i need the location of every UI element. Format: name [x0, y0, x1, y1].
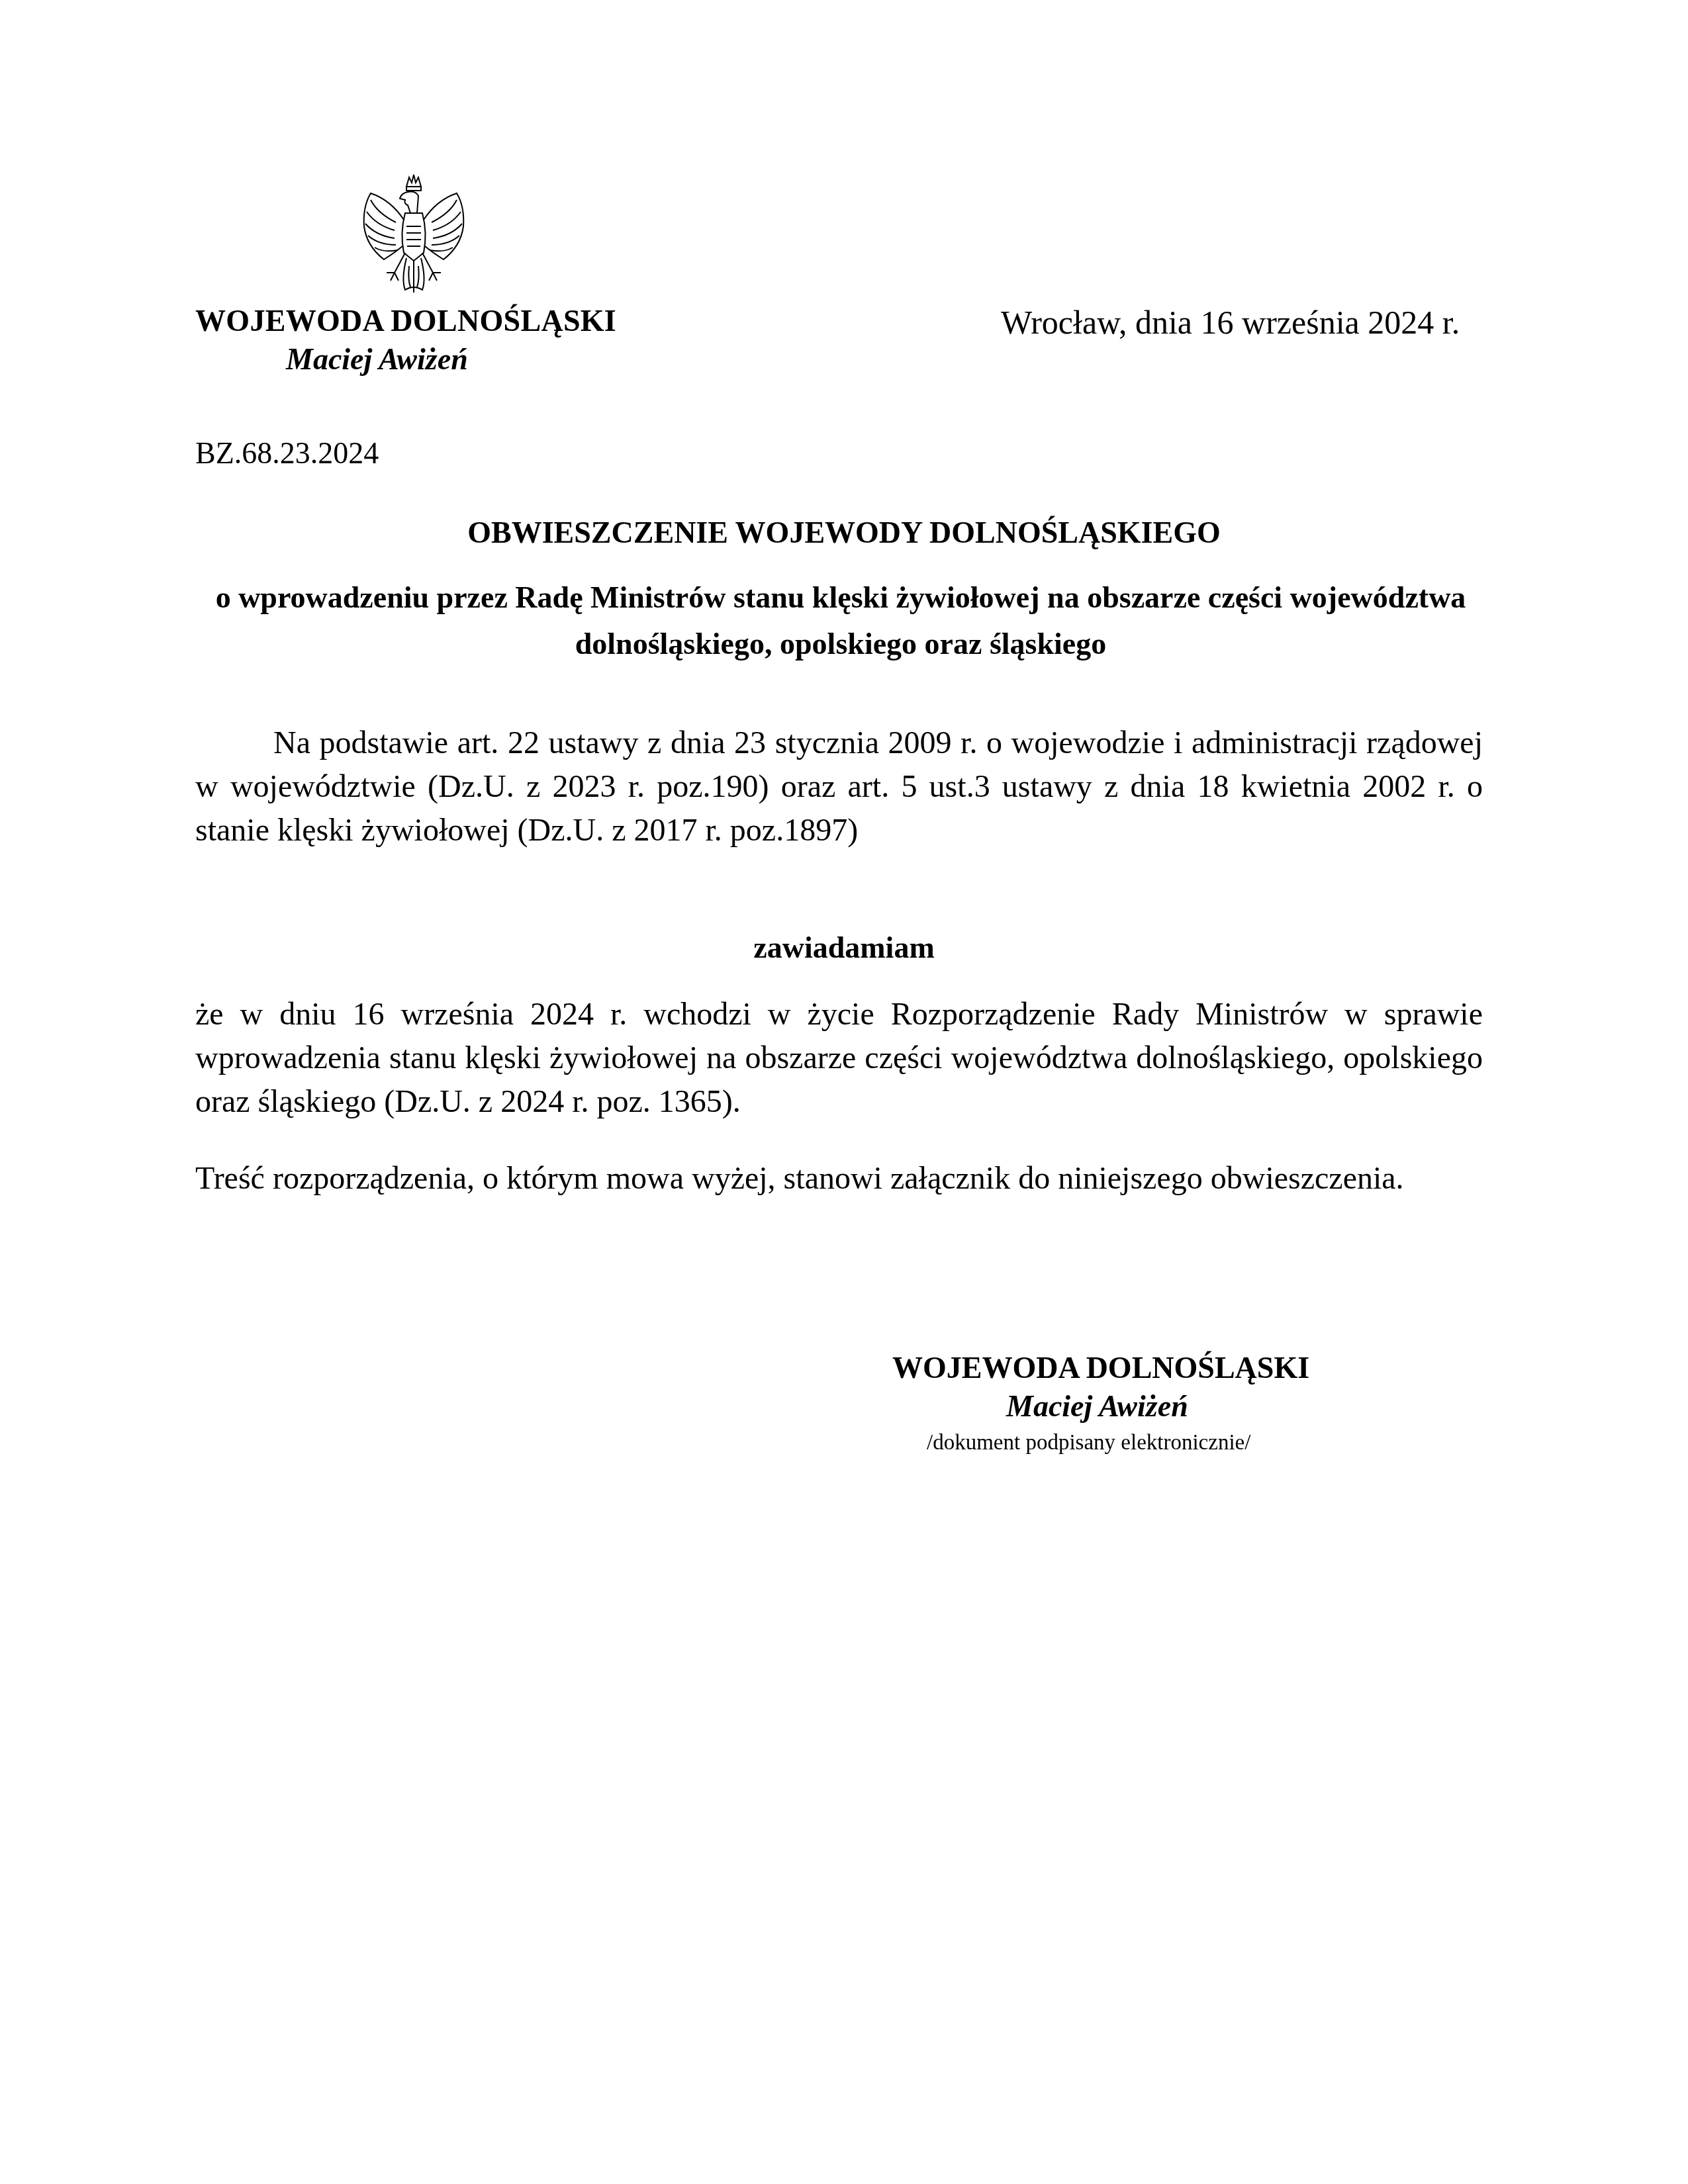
announcement-paragraph: że w dniu 16 września 2024 r. wchodzi w … — [195, 993, 1483, 1124]
place-and-date: Wrocław, dnia 16 września 2024 r. — [1001, 303, 1460, 341]
polish-eagle-emblem-icon — [357, 173, 470, 294]
document-title: OBWIESZCZENIE WOJEWODY DOLNOŚLĄSKIEGO — [0, 515, 1688, 550]
signature-name: Maciej Awiżeń — [1006, 1388, 1188, 1424]
reference-number: BZ.68.23.2024 — [195, 435, 379, 471]
notify-heading: zawiadamiam — [0, 930, 1688, 965]
signature-office-title: WOJEWODA DOLNOŚLĄSKI — [892, 1350, 1309, 1385]
legal-basis-paragraph: Na podstawie art. 22 ustawy z dnia 23 st… — [195, 721, 1483, 852]
document-subtitle: o wprowadzeniu przez Radę Ministrów stan… — [199, 574, 1483, 667]
header-official-name: Maciej Awiżeń — [286, 341, 468, 377]
attachment-note-paragraph: Treść rozporządzenia, o którym mowa wyże… — [195, 1157, 1483, 1201]
electronic-signature-note: /dokument podpisany elektronicznie/ — [927, 1431, 1250, 1455]
header-office-title: WOJEWODA DOLNOŚLĄSKI — [195, 303, 616, 338]
